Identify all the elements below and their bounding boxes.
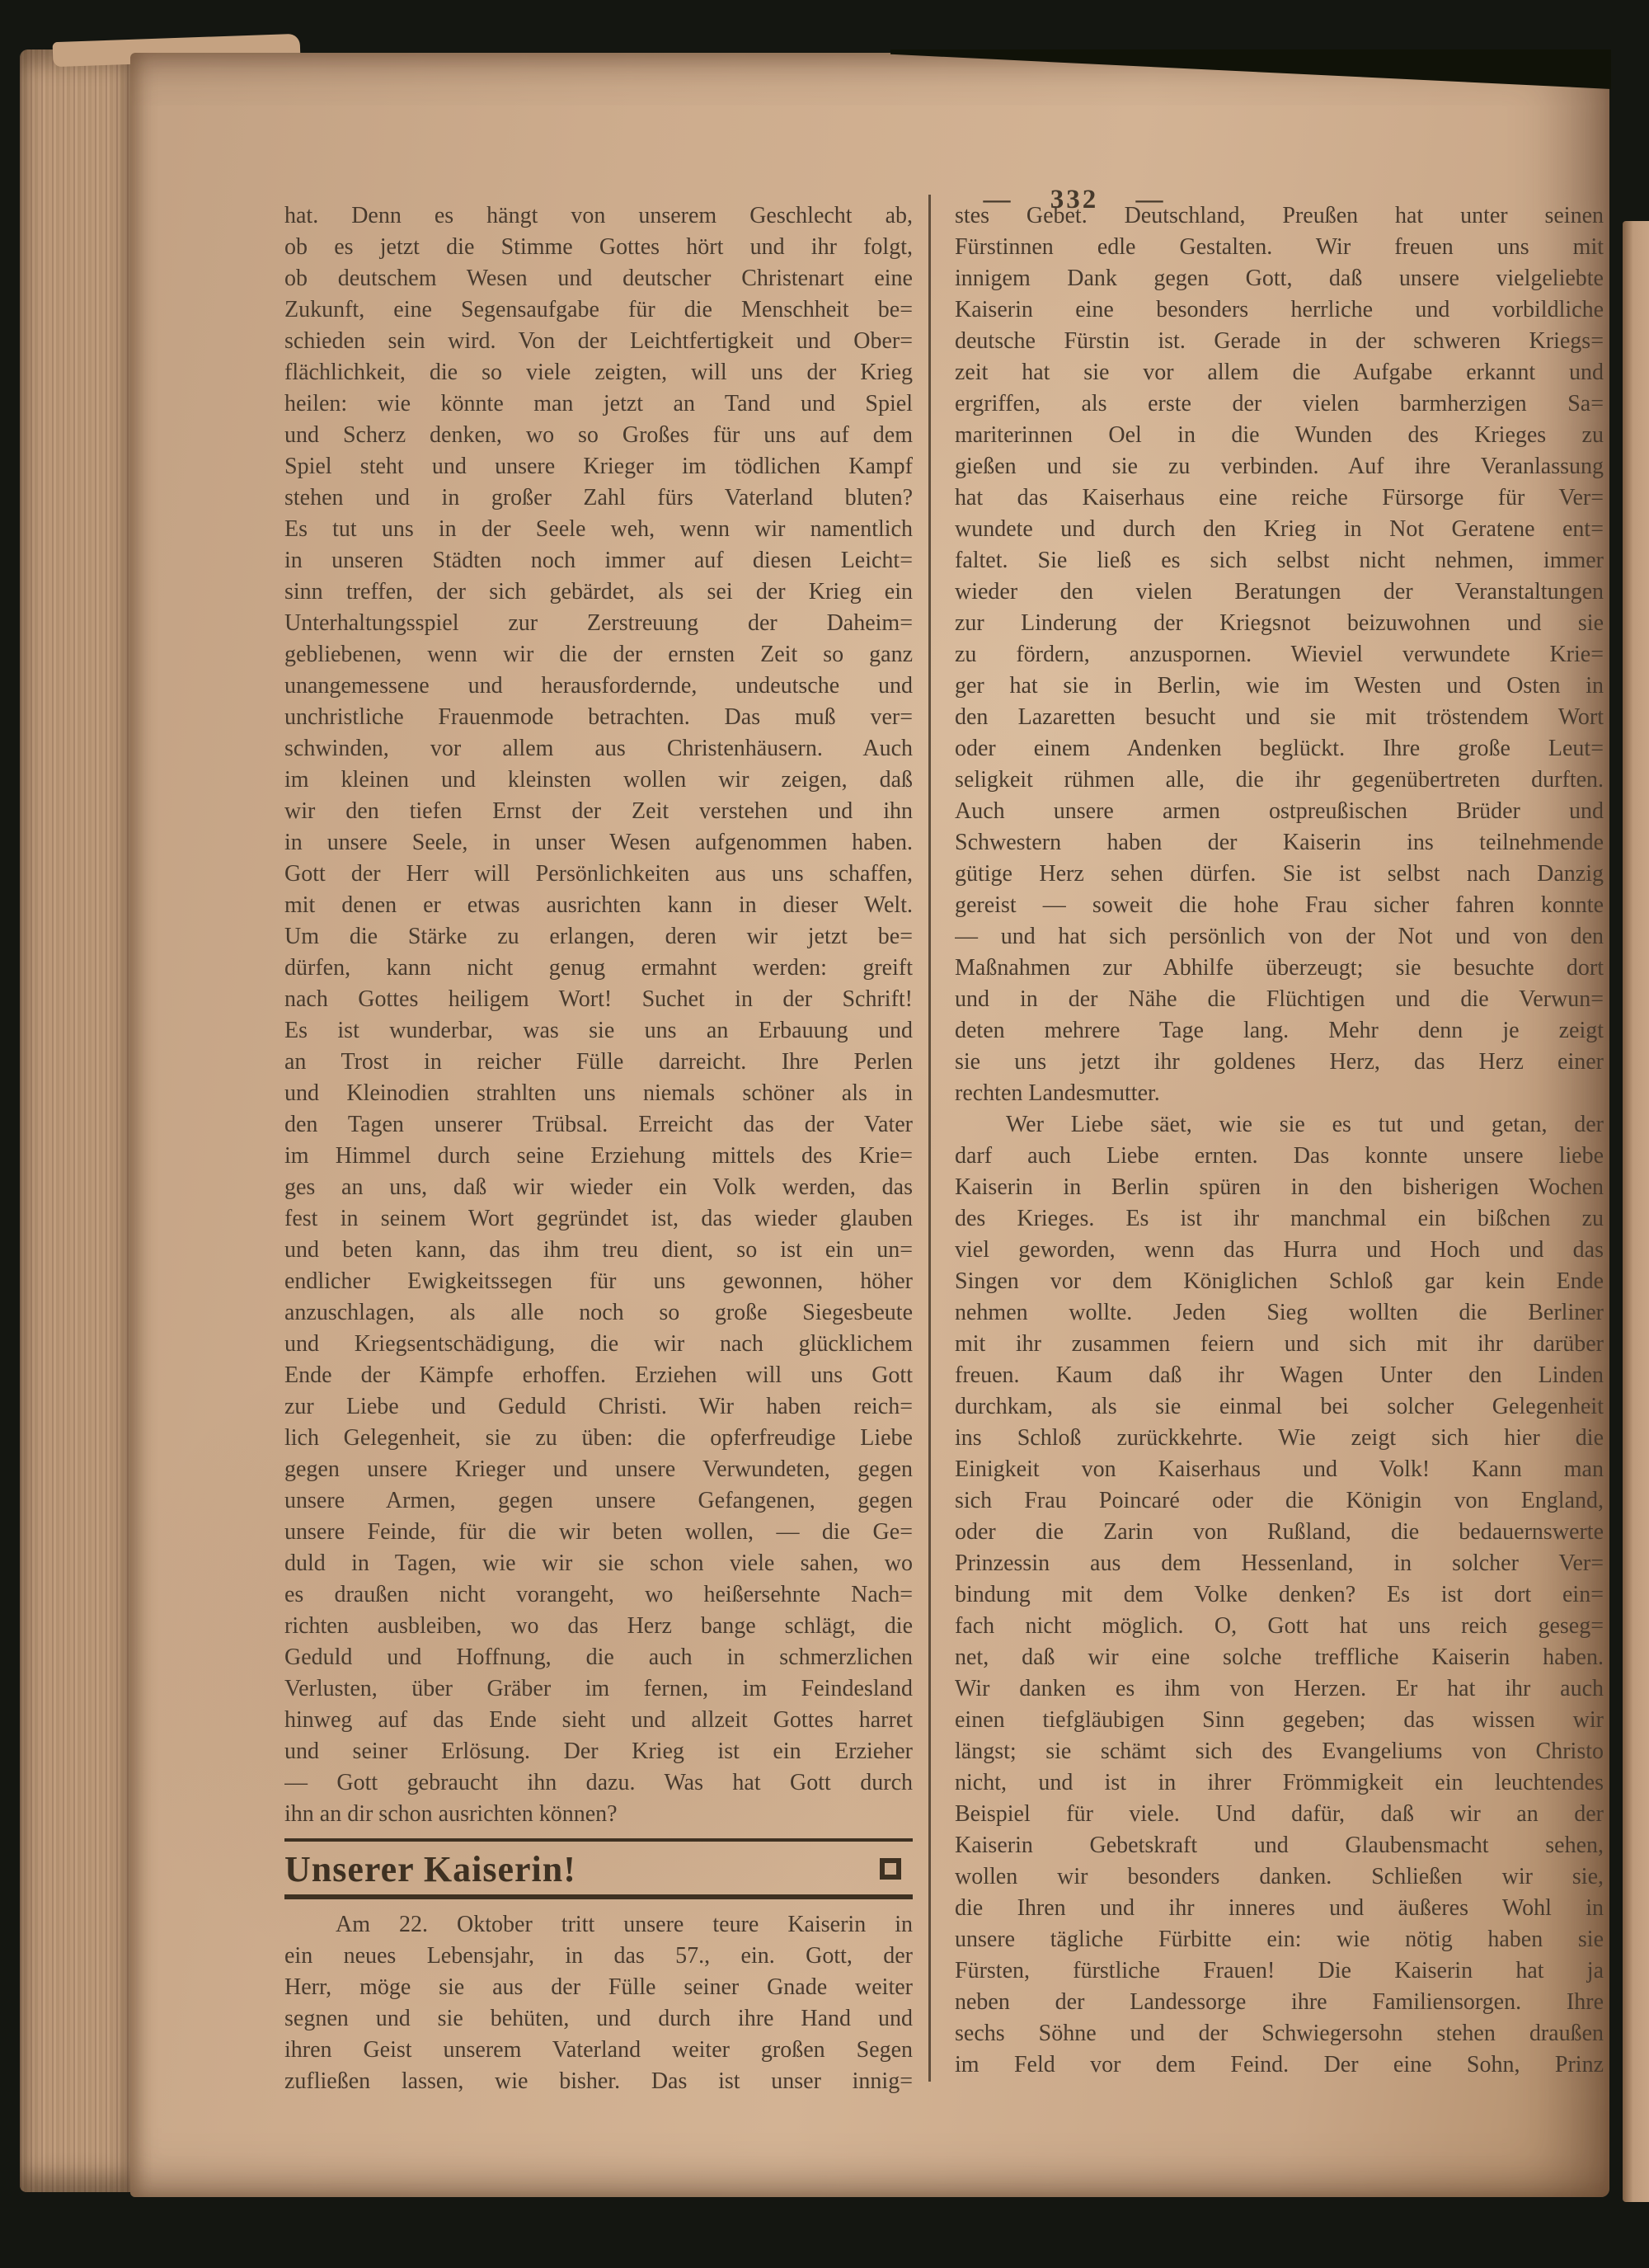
text-line: net, daß wir eine solche treffliche Kais…: [955, 1642, 1604, 1673]
text-line: unchristliche Frauenmode betrachten. Das…: [284, 702, 913, 733]
text-line: mit denen er etwas ausrichten kann in di…: [284, 890, 913, 921]
text-line: Schwestern haben der Kaiserin ins teilne…: [955, 827, 1604, 859]
text-line: zur Linderung der Kriegsnot beizuwohnen …: [955, 608, 1604, 639]
text-line: wieder den vielen Beratungen der Veranst…: [955, 576, 1604, 608]
article-body-text-continued: stes Gebet. Deutschland, Preußen hat unt…: [955, 200, 1604, 2081]
article-heading-row: Unserer Kaiserin!: [284, 1845, 913, 1893]
text-line: schwinden, vor allem aus Christenhäusern…: [284, 733, 913, 765]
text-line: — Gott gebraucht ihn dazu. Was hat Gott …: [284, 1767, 913, 1799]
text-line: an Trost in reicher Fülle darreicht. Ihr…: [284, 1047, 913, 1078]
text-line: lich Gelegenheit, sie zu üben: die opfer…: [284, 1423, 913, 1454]
text-line: Kaiserin in Berlin spüren in den bisheri…: [955, 1172, 1604, 1203]
text-line: Um die Stärke zu erlangen, deren wir jet…: [284, 921, 913, 953]
text-line: dürfen, kann nicht genug ermahnt werden:…: [284, 953, 913, 984]
text-line: oder die Zarin von Rußland, die bedauern…: [955, 1517, 1604, 1548]
text-line: zu fördern, anzuspornen. Wieviel verwund…: [955, 639, 1604, 671]
text-line: anzuschlagen, als alle noch so große Sie…: [284, 1297, 913, 1329]
text-line: ins Schloß zurückkehrte. Wie zeigt sich …: [955, 1423, 1604, 1454]
text-line: Am 22. Oktober tritt unsere teure Kaiser…: [284, 1909, 913, 1941]
text-line: gereist — soweit die hohe Frau sicher fa…: [955, 890, 1604, 921]
text-line: heilen: wie könnte man jetzt an Tand und…: [284, 388, 913, 420]
text-line: Kaiserin Gebetskraft und Glaubensmacht s…: [955, 1830, 1604, 1861]
text-line: Geduld und Hoffnung, die auch in schmerz…: [284, 1642, 913, 1673]
text-line: Spiel steht und unsere Krieger im tödlic…: [284, 451, 913, 482]
article-body-text: Am 22. Oktober tritt unsere teure Kaiser…: [284, 1909, 913, 2097]
text-line: Gott der Herr will Persönlichkeiten aus …: [284, 859, 913, 890]
text-line: Fürstinnen edle Gestalten. Wir freuen un…: [955, 232, 1604, 263]
text-line: in unseren Städten noch immer auf diesen…: [284, 545, 913, 576]
text-line: innigem Dank gegen Gott, daß unsere viel…: [955, 263, 1604, 294]
text-line: hat das Kaiserhaus eine reiche Fürsorge …: [955, 482, 1604, 514]
text-line: Zukunft, eine Segensaufgabe für die Mens…: [284, 294, 913, 326]
text-line: ob deutschem Wesen und deutscher Christe…: [284, 263, 913, 294]
text-line: Auch unsere armen ostpreußischen Brüder …: [955, 796, 1604, 827]
text-line: und Kleinodien strahlten uns niemals sch…: [284, 1078, 913, 1109]
text-line: Einigkeit von Kaiserhaus und Volk! Kann …: [955, 1454, 1604, 1485]
text-line: faltet. Sie ließ es sich selbst nicht ne…: [955, 545, 1604, 576]
text-line: hat. Denn es hängt von unserem Geschlech…: [284, 200, 913, 232]
text-line: nehmen wollte. Jeden Sieg wollten die Be…: [955, 1297, 1604, 1329]
text-line: — und hat sich persönlich von der Not un…: [955, 921, 1604, 953]
text-line: ob es jetzt die Stimme Gottes hört und i…: [284, 232, 913, 263]
text-line: Es tut uns in der Seele weh, wenn wir na…: [284, 514, 913, 545]
article-heading: Unserer Kaiserin!: [284, 1848, 576, 1890]
text-line: in unsere Seele, in unser Wesen aufgenom…: [284, 827, 913, 859]
text-line: sechs Söhne und der Schwiegersohn stehen…: [955, 2018, 1604, 2049]
text-line: fest in seinem Wort gegründet ist, das w…: [284, 1203, 913, 1235]
text-line: Verlusten, über Gräber im fernen, im Fei…: [284, 1673, 913, 1705]
text-line: ein neues Lebensjahr, in das 57., ein. G…: [284, 1941, 913, 1972]
text-line: mit ihr zusammen feiern und sich mit ihr…: [955, 1329, 1604, 1360]
text-line: ihn an dir schon ausrichten können?: [284, 1799, 913, 1830]
text-line: oder einem Andenken beglückt. Ihre große…: [955, 733, 1604, 765]
text-line: ihren Geist unserem Vaterland weiter gro…: [284, 2035, 913, 2066]
text-line: Fürsten, fürstliche Frauen! Die Kaiserin…: [955, 1955, 1604, 1987]
text-line: längst; sie schämt sich des Evangeliums …: [955, 1736, 1604, 1767]
text-line: duld in Tagen, wie wir sie schon viele s…: [284, 1548, 913, 1579]
text-line: im Himmel durch seine Erziehung mittels …: [284, 1141, 913, 1172]
text-line: Wer Liebe säet, wie sie es tut und getan…: [955, 1109, 1604, 1141]
text-line: deten mehrere Tage lang. Mehr denn je ze…: [955, 1015, 1604, 1047]
facing-page-edge: [1623, 221, 1649, 2202]
text-line: Kaiserin eine besonders herrliche und vo…: [955, 294, 1604, 326]
text-line: Wir danken es ihm von Herzen. Er hat ihr…: [955, 1673, 1604, 1705]
text-line: mariterinnen Oel in die Wunden des Krieg…: [955, 420, 1604, 451]
text-line: Maßnahmen zur Abhilfe überzeugt; sie bes…: [955, 953, 1604, 984]
text-line: segnen und sie behüten, und durch ihre H…: [284, 2003, 913, 2035]
text-line: richten ausbleiben, wo das Herz bange sc…: [284, 1611, 913, 1642]
text-line: einen tiefgläubigen Sinn gegeben; das wi…: [955, 1705, 1604, 1736]
text-line: ger hat sie in Berlin, wie im Westen und…: [955, 671, 1604, 702]
text-line: unsere Armen, gegen unsere Gefangenen, g…: [284, 1485, 913, 1517]
section-rule-bottom: [284, 1894, 913, 1899]
text-line: darf auch Liebe ernten. Das konnte unser…: [955, 1141, 1604, 1172]
text-line: im kleinen und kleinsten wollen wir zeig…: [284, 765, 913, 796]
text-line: den Lazaretten besucht und sie mit tröst…: [955, 702, 1604, 733]
text-line: Unterhaltungsspiel zur Zerstreuung der D…: [284, 608, 913, 639]
text-line: gießen und sie zu verbinden. Auf ihre Ve…: [955, 451, 1604, 482]
text-line: unsere Feinde, für die wir beten wollen,…: [284, 1517, 913, 1548]
column-divider: [928, 195, 931, 2082]
text-line: stehen und in großer Zahl fürs Vaterland…: [284, 482, 913, 514]
text-line: Prinzessin aus dem Hessenland, in solche…: [955, 1548, 1604, 1579]
text-line: durchkam, als sie einmal bei solcher Gel…: [955, 1391, 1604, 1423]
text-line: wir den tiefen Ernst der Zeit verstehen …: [284, 796, 913, 827]
text-line: sie uns jetzt ihr goldenes Herz, das Her…: [955, 1047, 1604, 1078]
right-column: stes Gebet. Deutschland, Preußen hat unt…: [955, 200, 1604, 2081]
text-line: unsere tägliche Fürbitte ein: wie nötig …: [955, 1924, 1604, 1955]
text-line: und Kriegsentschädigung, die wir nach gl…: [284, 1329, 913, 1360]
book-page: — 332 — hat. Denn es hängt von unserem G…: [130, 53, 1609, 2197]
text-line: gebliebenen, wenn wir die der ernsten Ze…: [284, 639, 913, 671]
text-line: wundete und durch den Krieg in Not Gerat…: [955, 514, 1604, 545]
section-rule-top: [284, 1838, 913, 1842]
text-line: sich Frau Poincaré oder die Königin von …: [955, 1485, 1604, 1517]
text-line: fach nicht möglich. O, Gott hat uns reic…: [955, 1611, 1604, 1642]
text-line: im Feld vor dem Feind. Der eine Sohn, Pr…: [955, 2049, 1604, 2081]
text-line: deutsche Fürstin ist. Gerade in der schw…: [955, 326, 1604, 357]
text-line: bindung mit dem Volke denken? Es ist dor…: [955, 1579, 1604, 1611]
text-line: wollen wir besonders danken. Schließen w…: [955, 1861, 1604, 1893]
text-line: nach Gottes heiligem Wort! Suchet in der…: [284, 984, 913, 1015]
hollow-square-ornament-icon: [880, 1858, 901, 1880]
text-line: gegen unsere Krieger und unsere Verwunde…: [284, 1454, 913, 1485]
text-line: schieden sein wird. Von der Leichtfertig…: [284, 326, 913, 357]
text-line: ergriffen, als erste der vielen barmherz…: [955, 388, 1604, 420]
text-line: flächlichkeit, die so viele zeigten, wil…: [284, 357, 913, 388]
text-line: Herr, möge sie aus der Fülle seiner Gnad…: [284, 1972, 913, 2003]
text-line: es draußen nicht vorangeht, wo heißerseh…: [284, 1579, 913, 1611]
text-line: die Ihren und ihr inneres und äußeres Wo…: [955, 1893, 1604, 1924]
text-line: Singen vor dem Königlichen Schloß gar ke…: [955, 1266, 1604, 1297]
text-line: und seiner Erlösung. Der Krieg ist ein E…: [284, 1736, 913, 1767]
text-line: viel geworden, wenn das Hurra und Hoch u…: [955, 1235, 1604, 1266]
left-column: hat. Denn es hängt von unserem Geschlech…: [284, 200, 913, 2097]
text-line: Ende der Kämpfe erhoffen. Erziehen will …: [284, 1360, 913, 1391]
text-line: endlicher Ewigkeitssegen für uns gewonne…: [284, 1266, 913, 1297]
text-line: nicht, und ist in ihrer Frömmigkeit ein …: [955, 1767, 1604, 1799]
text-line: sinn treffen, der sich gebärdet, als sei…: [284, 576, 913, 608]
text-line: den Tagen unserer Trübsal. Erreicht das …: [284, 1109, 913, 1141]
text-line: stes Gebet. Deutschland, Preußen hat unt…: [955, 200, 1604, 232]
text-line: neben der Landessorge ihre Familiensorge…: [955, 1987, 1604, 2018]
text-line: seligkeit rühmen alle, die ihr gegenüber…: [955, 765, 1604, 796]
text-line: hinweg auf das Ende sieht und allzeit Go…: [284, 1705, 913, 1736]
article-continuation-text: hat. Denn es hängt von unserem Geschlech…: [284, 200, 913, 1830]
text-line: rechten Landesmutter.: [955, 1078, 1604, 1109]
text-line: und beten kann, das ihm treu dient, so i…: [284, 1235, 913, 1266]
page-edge-stack: [20, 49, 132, 2192]
text-line: gütige Herz sehen dürfen. Sie ist selbst…: [955, 859, 1604, 890]
text-line: unangemessene und herausfordernde, undeu…: [284, 671, 913, 702]
text-line: zeit hat sie vor allem die Aufgabe erkan…: [955, 357, 1604, 388]
text-line: und in der Nähe die Flüchtigen und die V…: [955, 984, 1604, 1015]
text-line: ges an uns, daß wir wieder ein Volk werd…: [284, 1172, 913, 1203]
text-line: Beispiel für viele. Und dafür, daß wir a…: [955, 1799, 1604, 1830]
text-line: zufließen lassen, wie bisher. Das ist un…: [284, 2066, 913, 2097]
text-line: des Krieges. Es ist ihr manchmal ein biß…: [955, 1203, 1604, 1235]
text-line: freuen. Kaum daß ihr Wagen Unter den Lin…: [955, 1360, 1604, 1391]
text-line: zur Liebe und Geduld Christi. Wir haben …: [284, 1391, 913, 1423]
text-line: und Scherz denken, wo so Großes für uns …: [284, 420, 913, 451]
text-line: Es ist wunderbar, was sie uns an Erbauun…: [284, 1015, 913, 1047]
